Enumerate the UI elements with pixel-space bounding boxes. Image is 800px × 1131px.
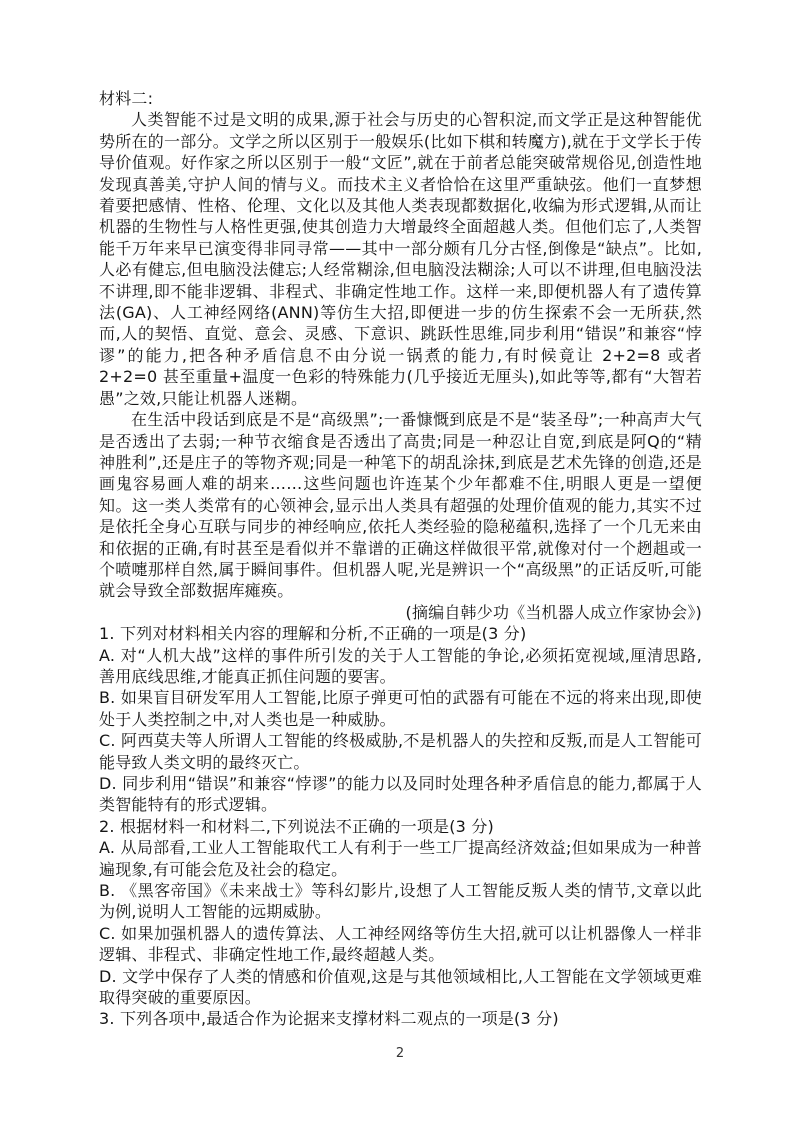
question-2-option-d: D. 文学中保存了人类的情感和价值观,这是与其他领域相比,人工智能在文学领域更难…	[99, 966, 702, 1009]
page-number: 2	[0, 1046, 800, 1061]
question-3-stem: 3. 下列各项中,最适合作为论据来支撑材料二观点的一项是(3 分)	[99, 1008, 702, 1029]
paragraph-2: 在生活中段话到底是不是“高级黑”;一番慷慨到底是不是“装圣母”;一种高声大气是否…	[99, 409, 702, 602]
source-attribution: (摘编自韩少功《当机器人成立作家协会》)	[99, 602, 702, 623]
question-1-option-c: C. 阿西莫夫等人所谓人工智能的终极威胁,不是机器人的失控和反叛,而是人工智能可…	[99, 730, 702, 773]
question-2-option-a: A. 从局部看,工业人工智能取代工人有利于一些工厂提高经济效益;但如果成为一种普…	[99, 837, 702, 880]
document-body: 材料二: 人类智能不过是文明的成果,源于社会与历史的心智积淀,而文学正是这种智能…	[99, 88, 702, 1030]
question-2-option-c: C. 如果加强机器人的遗传算法、人工神经网络等仿生大招,就可以让机器像人一样非逻…	[99, 923, 702, 966]
question-1-option-d: D. 同步利用“错误”和兼容“悖谬”的能力以及同时处理各种矛盾信息的能力,都属于…	[99, 773, 702, 816]
question-2-option-b: B. 《黑客帝国》《未来战士》等科幻影片,设想了人工智能反叛人类的情节,文章以此…	[99, 880, 702, 923]
question-1-option-a: A. 对“人机大战”这样的事件所引发的关于人工智能的争论,必须拓宽视域,厘清思路…	[99, 645, 702, 688]
paragraph-1: 人类智能不过是文明的成果,源于社会与历史的心智积淀,而文学正是这种智能优势所在的…	[99, 109, 702, 409]
question-1-stem: 1. 下列对材料相关内容的理解和分析,不正确的一项是(3 分)	[99, 623, 702, 644]
document-page: 材料二: 人类智能不过是文明的成果,源于社会与历史的心智积淀,而文学正是这种智能…	[0, 0, 800, 1131]
question-2-stem: 2. 根据材料一和材料二,下列说法不正确的一项是(3 分)	[99, 816, 702, 837]
question-1-option-b: B. 如果盲目研发军用人工智能,比原子弹更可怕的武器有可能在不远的将来出现,即使…	[99, 687, 702, 730]
material-two-label: 材料二:	[99, 88, 702, 109]
